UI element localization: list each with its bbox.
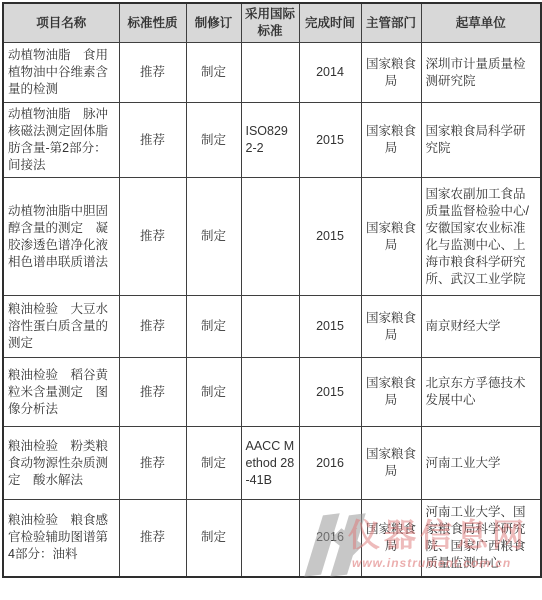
table-row: 粮油检验 大豆水溶性蛋白质含量的测定 推荐 制定 2015 国家粮食局 南京财经… [3,296,541,358]
cell-intl-standard: ISO8292-2 [241,103,299,178]
cell-project-name: 动植物油脂 脉冲核磁法测定固体脂肪含量-第2部分：间接法 [3,103,119,178]
cell-dept: 国家粮食局 [361,296,421,358]
cell-project-name: 粮油检验 大豆水溶性蛋白质含量的测定 [3,296,119,358]
column-header-revision: 制修订 [186,3,241,43]
cell-standard-nature: 推荐 [119,103,186,178]
cell-revision: 制定 [186,500,241,577]
cell-drafter: 国家农副加工食品质量监督检验中心/安徽国家农业标准化与监测中心、上海市粮食科学研… [421,178,541,296]
cell-dept: 国家粮食局 [361,43,421,103]
cell-standard-nature: 推荐 [119,43,186,103]
header-row: 项目名称 标准性质 制修订 采用国际标准 完成时间 主管部门 起草单位 [3,3,541,43]
cell-project-name: 动植物油脂中胆固醇含量的测定 凝胶渗透色谱净化液相色谱串联质谱法 [3,178,119,296]
cell-dept: 国家粮食局 [361,358,421,427]
cell-completion-year: 2014 [299,43,361,103]
cell-completion-year: 2016 [299,500,361,577]
cell-revision: 制定 [186,103,241,178]
cell-intl-standard [241,43,299,103]
table-row: 动植物油脂中胆固醇含量的测定 凝胶渗透色谱净化液相色谱串联质谱法 推荐 制定 2… [3,178,541,296]
column-header-intl-standard: 采用国际标准 [241,3,299,43]
cell-project-name: 动植物油脂 食用植物油中谷维素含量的检测 [3,43,119,103]
cell-standard-nature: 推荐 [119,178,186,296]
cell-completion-year: 2016 [299,427,361,500]
cell-revision: 制定 [186,178,241,296]
standards-table: 项目名称 标准性质 制修订 采用国际标准 完成时间 主管部门 起草单位 动植物油… [2,2,542,578]
column-header-drafter: 起草单位 [421,3,541,43]
cell-drafter: 河南工业大学、国家粮食局科学研究院、国家广西粮食质量监测中心 [421,500,541,577]
table-row: 粮油检验 稻谷黄粒米含量测定 图像分析法 推荐 制定 2015 国家粮食局 北京… [3,358,541,427]
cell-standard-nature: 推荐 [119,296,186,358]
cell-revision: 制定 [186,358,241,427]
cell-completion-year: 2015 [299,178,361,296]
column-header-completion-year: 完成时间 [299,3,361,43]
cell-intl-standard [241,358,299,427]
cell-dept: 国家粮食局 [361,500,421,577]
cell-drafter: 南京财经大学 [421,296,541,358]
cell-project-name: 粮油检验 粮食感官检验辅助图谱第4部分：油料 [3,500,119,577]
cell-completion-year: 2015 [299,103,361,178]
column-header-dept: 主管部门 [361,3,421,43]
cell-drafter: 北京东方孚德技术发展中心 [421,358,541,427]
cell-standard-nature: 推荐 [119,358,186,427]
cell-revision: 制定 [186,296,241,358]
cell-project-name: 粮油检验 稻谷黄粒米含量测定 图像分析法 [3,358,119,427]
table-row: 动植物油脂 食用植物油中谷维素含量的检测 推荐 制定 2014 国家粮食局 深圳… [3,43,541,103]
cell-intl-standard [241,296,299,358]
cell-intl-standard: AACC Method 28-41B [241,427,299,500]
column-header-project-name: 项目名称 [3,3,119,43]
table-row: 动植物油脂 脉冲核磁法测定固体脂肪含量-第2部分：间接法 推荐 制定 ISO82… [3,103,541,178]
cell-drafter: 深圳市计量质量检测研究院 [421,43,541,103]
cell-project-name: 粮油检验 粉类粮食动物源性杂质测定 酸水解法 [3,427,119,500]
cell-standard-nature: 推荐 [119,427,186,500]
cell-intl-standard [241,178,299,296]
cell-drafter: 河南工业大学 [421,427,541,500]
cell-revision: 制定 [186,427,241,500]
cell-drafter: 国家粮食局科学研究院 [421,103,541,178]
cell-revision: 制定 [186,43,241,103]
column-header-standard-nature: 标准性质 [119,3,186,43]
standards-table-page: 项目名称 标准性质 制修订 采用国际标准 完成时间 主管部门 起草单位 动植物油… [0,0,542,600]
cell-completion-year: 2015 [299,296,361,358]
table-row: 粮油检验 粮食感官检验辅助图谱第4部分：油料 推荐 制定 2016 国家粮食局 … [3,500,541,577]
cell-dept: 国家粮食局 [361,178,421,296]
cell-completion-year: 2015 [299,358,361,427]
table-row: 粮油检验 粉类粮食动物源性杂质测定 酸水解法 推荐 制定 AACC Method… [3,427,541,500]
cell-dept: 国家粮食局 [361,103,421,178]
cell-dept: 国家粮食局 [361,427,421,500]
cell-intl-standard [241,500,299,577]
cell-standard-nature: 推荐 [119,500,186,577]
